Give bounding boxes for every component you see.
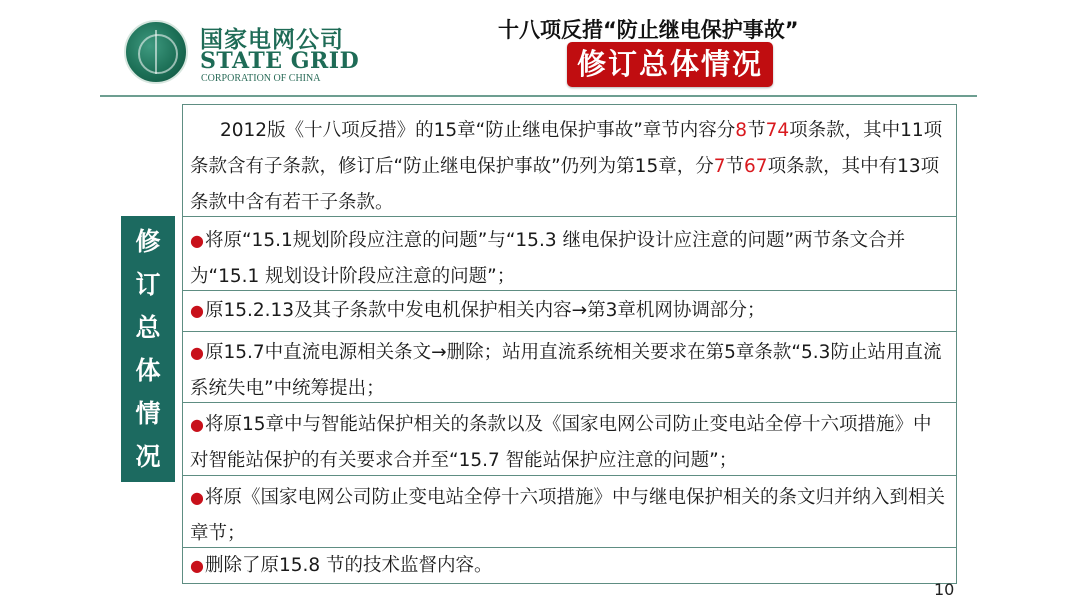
side-label-char: 总 [135, 311, 160, 345]
side-label-char: 修 [135, 225, 160, 259]
state-grid-logo: 国家电网公司 STATE GRID CORPORATION OF CHINA [124, 18, 364, 88]
header-divider [100, 95, 977, 97]
bullet-icon: ● [190, 231, 204, 250]
bullet-icon: ● [190, 556, 204, 575]
page-number: 10 [934, 580, 954, 599]
list-item-text: 删除了原15.8 节的技术监督内容。 [205, 555, 493, 576]
side-label-char: 情 [135, 397, 160, 431]
list-item: ●将原15章中与智能站保护相关的条款以及《国家电网公司防止变电站全停十六项措施》… [183, 402, 956, 475]
list-item: ●原15.7中直流电源相关条文→删除；站用直流系统相关要求在第5章条款“5.3防… [183, 331, 956, 402]
list-item: ●将原《国家电网公司防止变电站全停十六项措施》中与继电保护相关的条文归并纳入到相… [183, 475, 956, 547]
highlight-number: 8 [735, 120, 747, 141]
logo-subtitle: CORPORATION OF CHINA [201, 73, 320, 84]
slide-subtitle-badge: 修订总体情况 [567, 42, 773, 87]
list-item: ●将原“15.1规划阶段应注意的问题”与“15.3 继电保护设计应注意的问题”两… [183, 216, 956, 290]
bullet-icon: ● [190, 301, 204, 320]
side-label-char: 体 [135, 354, 160, 388]
intro-text: 2012版《十八项反措》的15章“防止继电保护事故”章节内容分 [220, 120, 735, 141]
highlight-number: 7 [714, 156, 726, 177]
list-item-text: 将原15章中与智能站保护相关的条款以及《国家电网公司防止变电站全停十六项措施》中… [190, 414, 932, 471]
side-label-char: 况 [135, 440, 160, 474]
revision-summary-table: 2012版《十八项反措》的15章“防止继电保护事故”章节内容分8节74项条款，其… [182, 104, 957, 584]
slide-title: 十八项反措“防止继电保护事故” [498, 14, 799, 44]
intro-row: 2012版《十八项反措》的15章“防止继电保护事故”章节内容分8节74项条款，其… [183, 105, 956, 216]
list-item: ●删除了原15.8 节的技术监督内容。 [183, 547, 956, 583]
globe-emblem-icon [124, 20, 188, 84]
side-section-label: 修 订 总 体 情 况 [121, 216, 175, 482]
list-item-text: 将原《国家电网公司防止变电站全停十六项措施》中与继电保护相关的条文归并纳入到相关… [190, 487, 945, 544]
highlight-number: 74 [766, 120, 790, 141]
bullet-icon: ● [190, 415, 204, 434]
logo-english-name: STATE GRID [200, 48, 359, 74]
list-item: ●原15.2.13及其子条款中发电机保护相关内容→第3章机网协调部分； [183, 290, 956, 331]
list-item-text: 原15.2.13及其子条款中发电机保护相关内容→第3章机网协调部分； [205, 300, 765, 321]
side-label-char: 订 [135, 268, 160, 302]
highlight-number: 67 [744, 156, 768, 177]
list-item-text: 原15.7中直流电源相关条文→删除；站用直流系统相关要求在第5章条款“5.3防止… [190, 342, 941, 399]
bullet-icon: ● [190, 343, 204, 362]
intro-text: 节 [747, 120, 766, 141]
list-item-text: 将原“15.1规划阶段应注意的问题”与“15.3 继电保护设计应注意的问题”两节… [190, 230, 905, 287]
intro-text: 节 [726, 156, 745, 177]
bullet-icon: ● [190, 488, 204, 507]
